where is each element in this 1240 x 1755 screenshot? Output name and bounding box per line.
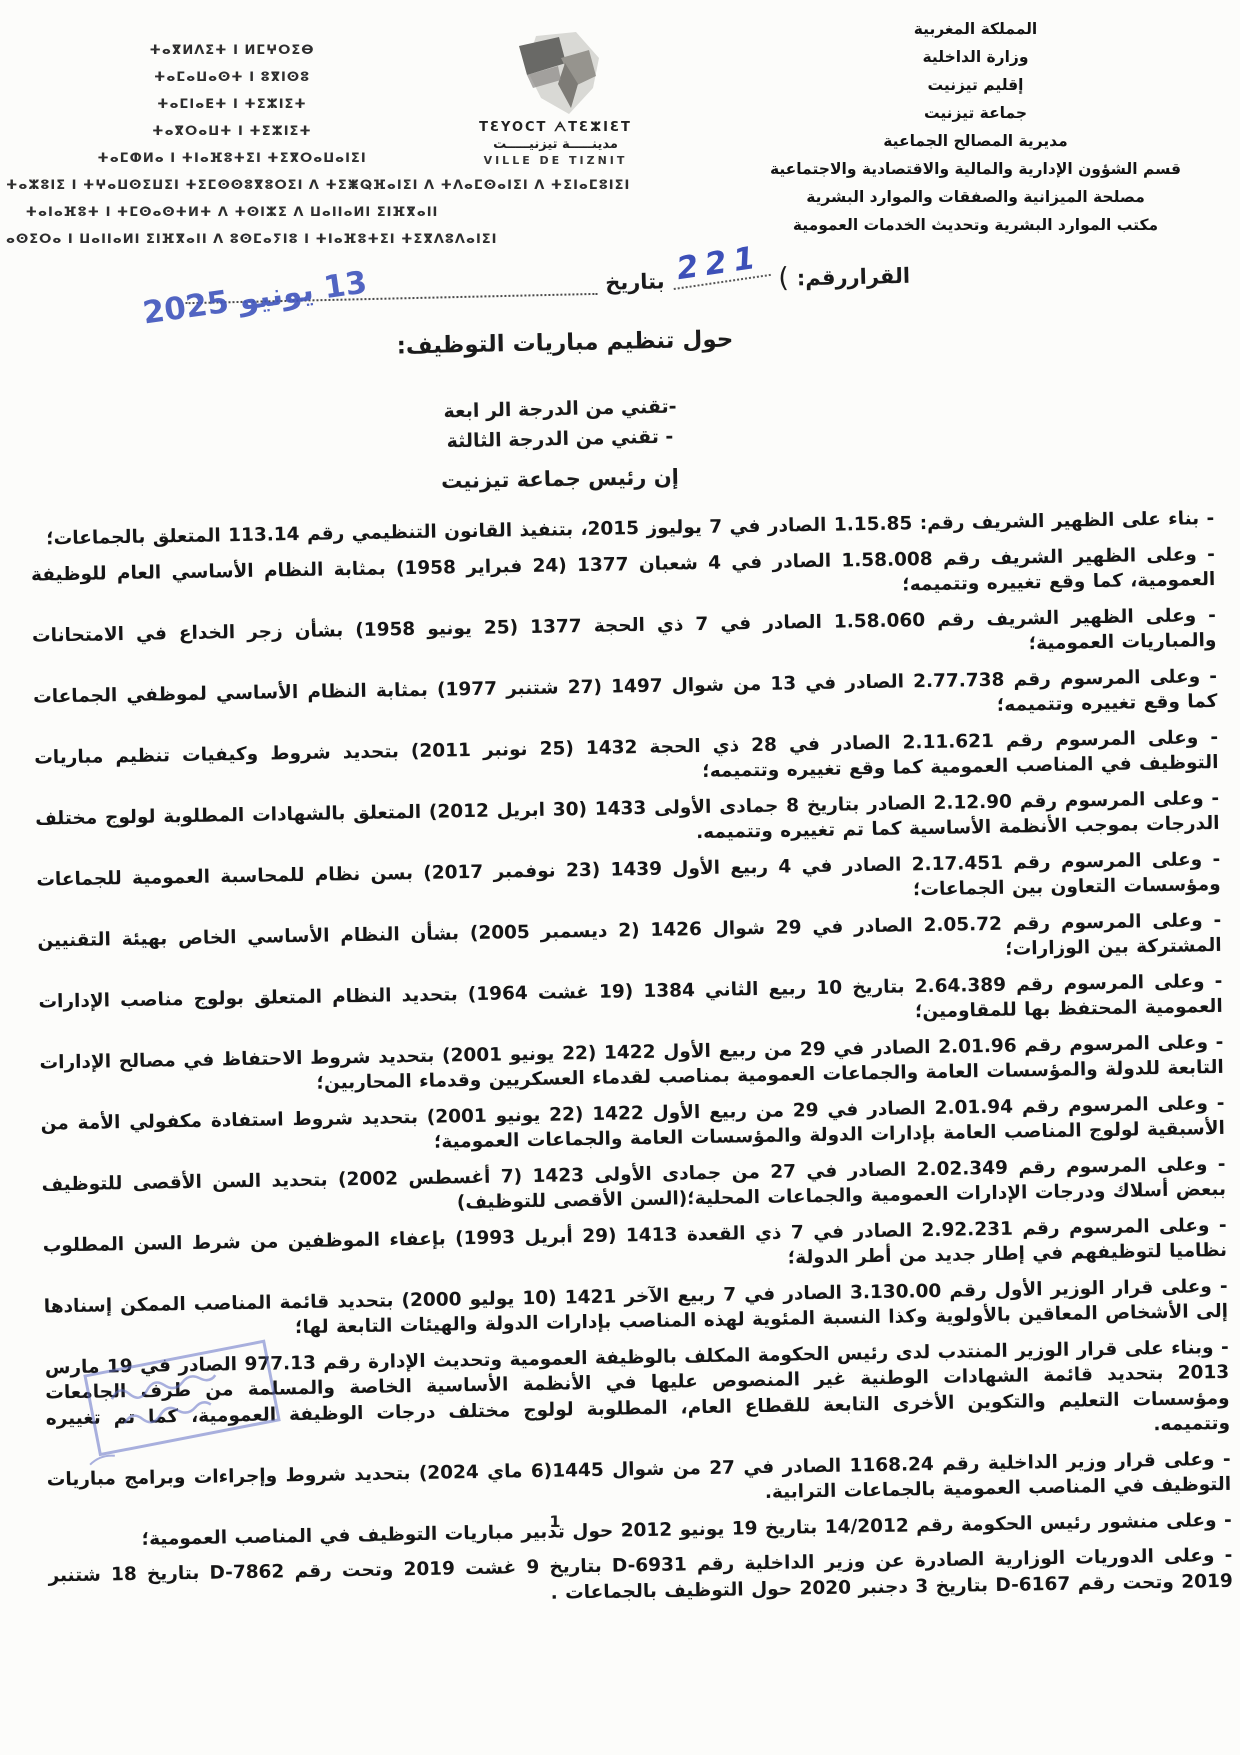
letterhead-arabic-line: قسم الشؤون الإدارية والمالية والاقتصادية… [723, 160, 1228, 179]
page-number: 1 [0, 1512, 1110, 1531]
ink-stamp-icon [62, 1338, 302, 1468]
reference-item: - وعلى الظهير الشريف رقم 1.58.060 الصادر… [32, 602, 1217, 674]
tiznit-logo-icon [481, 30, 631, 118]
letterhead-arabic-line: مديرية المصالح الجماعية [723, 132, 1228, 151]
reference-item: - وعلى المرسوم رقم 2.02.349 الصادر في 27… [41, 1151, 1226, 1223]
reference-item: - وعلى المرسوم رقم 2.11.621 الصادر في 28… [34, 724, 1219, 796]
logo-caption-french: VILLE DE TIZNIT [448, 154, 663, 167]
city-logo: TƐYOCT ᗅTƐⵣIƐT مدينـــــة تيزنيـــــت VI… [448, 30, 663, 167]
reference-item: - وعلى المرسوم رقم 2.05.72 الصادر في 29 … [37, 907, 1222, 979]
reference-item: - وعلى المرسوم رقم 2.17.451 الصادر في 4 … [36, 846, 1221, 918]
reference-item: - وعلى المرسوم رقم 2.12.90 الصادر بتاريخ… [35, 785, 1220, 857]
letterhead-tifinagh: ⵜⴰⴳⵍⴷⵉⵜ ⵏ ⵍⵎⵖⵔⵉⴱⵜⴰⵎⴰⵡⴰⵙⵜ ⵏ ⵓⴳⵏⵙⵓⵜⴰⵎⵏⴰⴹⵜ … [6, 42, 458, 258]
letterhead-arabic-line: مكتب الموارد البشرية وتحديث الخدمات العم… [723, 216, 1228, 235]
letterhead-tifinagh-line: ⵜⴰⵣⵓⵏⵉ ⵏ ⵜⵖⴰⵡⵙⵉⵡⵉⵏ ⵜⵉⵎⵙⵙⵓⴳⵓⵔⵉⵏ ⴷ ⵜⵉⵥⵕⴼⴰⵏ… [6, 177, 458, 195]
letterhead-tifinagh-line: ⵜⴰⵎⵀⵍⴰ ⵏ ⵜⵏⴰⴼⵓⵜⵉⵏ ⵜⵉⴳⵔⴰⵡⴰⵏⵉⵏ [6, 150, 458, 168]
letterhead-arabic-line: المملكة المغربية [723, 20, 1228, 39]
letterhead-arabic-line: وزارة الداخلية [723, 48, 1228, 67]
letterhead-tifinagh-line: ⴰⵙⵉⵔⴰ ⵏ ⵡⴰⵏⵏⴰⵍⵏ ⵉⵏⴼⴳⴰⵏⵏ ⴷ ⵓⵙⵎⴰⵢⵏⵓ ⵏ ⵜⵏⴰⴼ… [6, 231, 458, 249]
logo-caption-arabic: مدينـــــة تيزنيـــــت [448, 137, 663, 152]
decision-paren: ( [778, 263, 789, 294]
decision-number-handwritten: 221 [669, 238, 771, 290]
date-label: بتاريخ [605, 269, 665, 294]
logo-caption-tifinagh: TƐYOCT ᗅTƐⵣIƐT [448, 120, 663, 135]
letterhead-tifinagh-line: ⵜⴰⵎⵏⴰⴹⵜ ⵏ ⵜⵉⵣⵏⵉⵜ [6, 96, 458, 114]
letterhead-tifinagh-line: ⵜⴰⴳⵍⴷⵉⵜ ⵏ ⵍⵎⵖⵔⵉⴱ [6, 42, 458, 60]
reference-item: - وعلى الدوريات الوزارية الصادرة عن وزير… [48, 1543, 1233, 1615]
letterhead-arabic: المملكة المغربيةوزارة الداخليةإقليم تيزن… [723, 20, 1228, 244]
reference-item: - وعلى المرسوم رقم 2.64.389 بتاريخ 10 رب… [38, 968, 1223, 1040]
reference-item: - وعلى المرسوم رقم 2.01.96 الصادر في 29 … [39, 1029, 1224, 1101]
reference-item: - وعلى المرسوم رقم 2.92.231 الصادر في 7 … [43, 1212, 1228, 1284]
letterhead-tifinagh-line: ⵜⴰⵏⴰⴼⵓⵜ ⵏ ⵜⵎⵙⴰⵙⵜⵍⵜ ⴷ ⵜⵙⵏⵣⵉ ⴷ ⵡⴰⵏⵏⴰⵍⵏ ⵉⵏⴼ… [6, 204, 458, 222]
reference-item: - وعلى الظهير الشريف رقم 1.58.008 الصادر… [31, 541, 1216, 613]
letterhead-tifinagh-line: ⵜⴰⴳⵔⴰⵡⵜ ⵏ ⵜⵉⵣⵏⵉⵜ [6, 123, 458, 141]
reference-item: - وعلى قرار الوزير الأول رقم 3.130.00 ال… [44, 1273, 1229, 1345]
authority-line: إن رئيس جماعة تيزنيت [0, 457, 1120, 501]
letterhead-arabic-line: مصلحة الميزانية والصفقات والموارد البشري… [723, 188, 1228, 207]
decision-label: القراررقم: [797, 264, 911, 291]
letterhead-arabic-line: جماعة تيزنيت [723, 104, 1228, 123]
document-page: ⵜⴰⴳⵍⴷⵉⵜ ⵏ ⵍⵎⵖⵔⵉⴱⵜⴰⵎⴰⵡⴰⵙⵜ ⵏ ⵓⴳⵏⵙⵓⵜⴰⵎⵏⴰⴹⵜ … [0, 0, 1240, 1755]
letterhead-tifinagh-line: ⵜⴰⵎⴰⵡⴰⵙⵜ ⵏ ⵓⴳⵏⵙⵓ [6, 69, 458, 87]
reference-item: - وعلى المرسوم رقم 2.77.738 الصادر في 13… [33, 663, 1218, 735]
reference-item: - وعلى المرسوم رقم 2.01.94 الصادر في 29 … [40, 1090, 1225, 1162]
letterhead-arabic-line: إقليم تيزنيت [723, 76, 1228, 95]
